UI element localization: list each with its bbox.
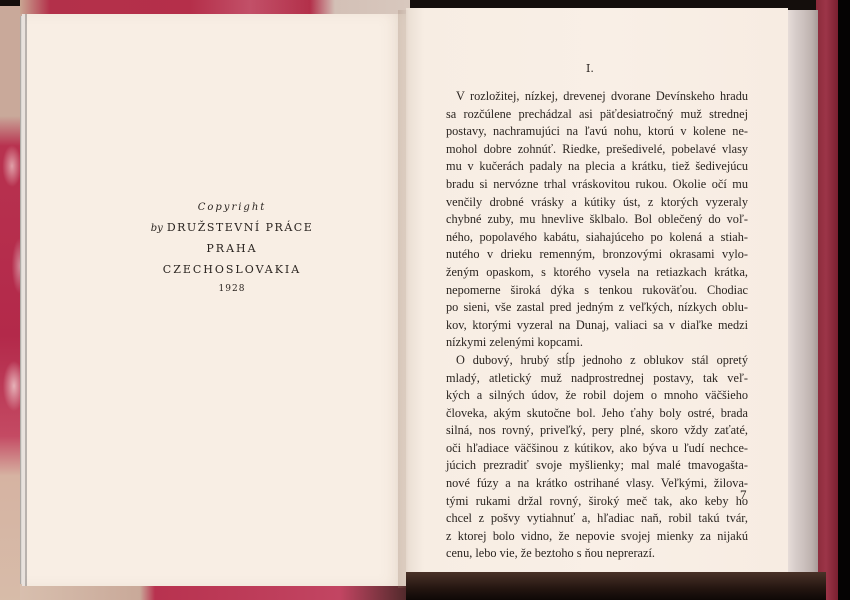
text-line: nové fúzy a na krátko ostrihané vlasy. V… <box>446 475 748 493</box>
text-line: chcel z pošvy vytiahnuť a, hľadiac naň, … <box>446 510 748 528</box>
text-line: nutého v drieku remenným, bronzovými okr… <box>446 246 748 264</box>
text-line: V rozložitej, nízkej, drevenej dvorane D… <box>446 88 748 106</box>
copyright-country: CZECHOSLOVAKIA <box>120 263 344 276</box>
bottom-shadow <box>406 572 826 600</box>
text-line: sa rozčúlene prechádzal asi päťdesiatroč… <box>446 106 748 124</box>
book-gutter <box>398 10 416 588</box>
left-page <box>22 14 409 586</box>
page-number: 7 <box>740 487 747 503</box>
chapter-body: V rozložitej, nízkej, drevenej dvorane D… <box>446 88 748 563</box>
text-line: mohol dobre zohnúť. Riedke, prešedivelé,… <box>446 141 748 159</box>
copyright-year: 1928 <box>120 284 344 294</box>
copyright-city: PRAHA <box>120 242 344 255</box>
open-book-photo: Copyright byDRUŽSTEVNÍ PRÁCE PRAHA CZECH… <box>0 0 850 600</box>
chapter-number: I. <box>586 62 594 75</box>
text-line: ženým opaskom, s ktorého vysela na retia… <box>446 264 748 282</box>
book-cover-top-edge <box>20 0 410 14</box>
text-line: kov, ktorými vyzeral na Dunaj, valiaci s… <box>446 317 748 335</box>
text-line: mladý, atletický muž nadprostrednej post… <box>446 370 748 388</box>
text-line: oči hľadiace väčšinou z kútikov, ako býv… <box>446 440 748 458</box>
text-line: kých a silných údov, že robil dojem o mn… <box>446 387 748 405</box>
book-cover-bottom-edge <box>20 584 420 600</box>
text-line: postavy, nachramujúci na ľavú nohu, ktor… <box>446 123 748 141</box>
text-line: cenu, lebo vie, že beztoho s ňou neprera… <box>446 545 748 563</box>
copyright-publisher: DRUŽSTEVNÍ PRÁCE <box>167 221 313 234</box>
text-line: bradu si nervózne trhal vráskovitou ruko… <box>446 176 748 194</box>
text-line: silná, nos rovný, priveľký, pery plné, s… <box>446 422 748 440</box>
paragraph-1: V rozložitej, nízkej, drevenej dvorane D… <box>446 88 748 352</box>
text-line: venčily drobné vrásky a kútiky úst, z kt… <box>446 194 748 212</box>
text-line: po sieni, vše zastal pred jedným z veľký… <box>446 299 748 317</box>
copyright-publisher-line: byDRUŽSTEVNÍ PRÁCE <box>120 221 344 234</box>
copyright-title: Copyright <box>120 202 344 213</box>
text-line: O dubový, hrubý stĺp jednoho z oblukov s… <box>446 352 748 370</box>
background-shadow <box>838 0 850 600</box>
text-line: tými rukami držal rovný, široký meč tak,… <box>446 493 748 511</box>
text-line: človeka, akým skutočne bol. Jeho ťahy bo… <box>446 405 748 423</box>
text-line: chybné zuby, mu hnevlive šklbalo. Bol ob… <box>446 211 748 229</box>
copyright-by: by <box>151 223 163 234</box>
text-line: júcich prezradiť svoje myšlienky; mal ma… <box>446 457 748 475</box>
text-line: nízkymi zelenými kopcami. <box>446 334 748 352</box>
copyright-block: Copyright byDRUŽSTEVNÍ PRÁCE PRAHA CZECH… <box>120 202 344 294</box>
right-page-stack <box>788 10 818 575</box>
text-line: nepomerne široká dýka s tenkou rukoväťou… <box>446 282 748 300</box>
text-line: mu v kučerách padaly na plecia a krátku,… <box>446 158 748 176</box>
text-line: ného, popolavého kabátu, siahajúceho po … <box>446 229 748 247</box>
text-line: z ktorej bolo vidno, že nepovie svojej m… <box>446 528 748 546</box>
paragraph-2: O dubový, hrubý stĺp jednoho z oblukov s… <box>446 352 748 563</box>
